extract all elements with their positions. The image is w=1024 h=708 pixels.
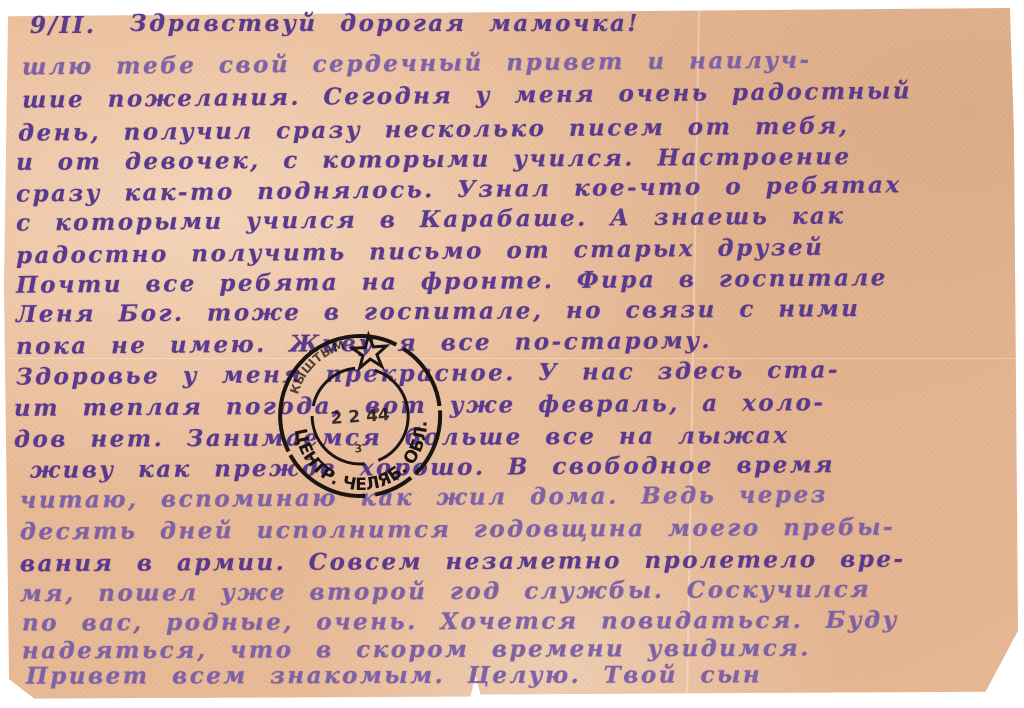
letter-line: десять дней исполнится годовщина моего п…	[20, 514, 895, 546]
postmark-index: 3	[354, 442, 363, 456]
letter-line: и от девочек, с которыми учился. Настрое…	[16, 143, 852, 176]
letter-signoff: Привет всем знакомым. Целую. Твой сын	[26, 661, 762, 689]
letter-line: шлю тебе свой сердечный привет и наилуч-	[22, 47, 812, 81]
letter-date: 9/II.	[30, 12, 96, 39]
letter-line: мя, пошел уже второй год службы. Соскучи…	[20, 576, 871, 607]
letter-line: по вас, родные, очень. Хочется повидатьс…	[22, 606, 899, 636]
letter-body: 9/II. Здравствуй дорогая мамочка! шлю те…	[0, 0, 1024, 708]
letter-line: надеяться, что в скором времени увидимся…	[22, 635, 811, 665]
letter-line: шие пожелания. Сегодня у меня очень радо…	[22, 77, 912, 113]
letter-greeting: Здравствуй дорогая мамочка!	[130, 10, 640, 37]
letter-line: радостно получить письмо от старых друзе…	[16, 234, 825, 269]
letter-line: Почти все ребята на фронте. Фира в госпи…	[16, 264, 888, 299]
letter-line: вания в армии. Совсем незаметно пролетел…	[20, 546, 906, 578]
postmark-date: 2 2 44	[330, 405, 391, 429]
letter-line: с которыми учился в Карабаше. А знаешь к…	[16, 202, 846, 236]
postmark-stamp: ЦЕНТР. ЧЕЛЯБ. ОБЛ. КЫШТЫМ 2 2 44 3	[264, 322, 456, 506]
letter-line: день, получил сразу несколько писем от т…	[18, 112, 850, 146]
postmark-bottom-text: ЦЕНТР. ЧЕЛЯБ. ОБЛ.	[289, 418, 436, 500]
